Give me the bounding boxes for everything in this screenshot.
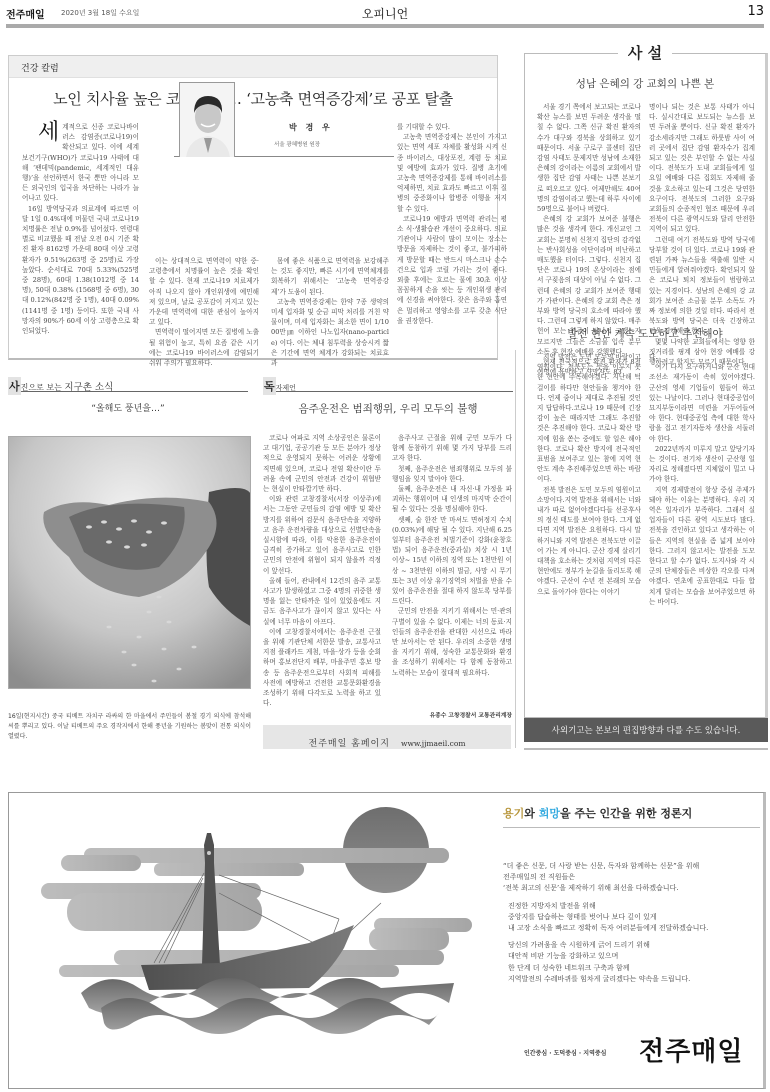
column-divider	[515, 350, 516, 748]
author-role: 서울 광혜병원 원장	[274, 140, 320, 148]
grain-hand-photo	[8, 436, 251, 689]
homepage-banner[interactable]: 전주매일 홈페이지 www.jjmaeil.com	[263, 725, 511, 749]
newspaper-ad: 용기와 희망을 주는 인간을 위한 정론지 “더 좋은 신문, 더 사랑 받는 …	[8, 792, 766, 1089]
section-title: 오피니언	[6, 5, 764, 22]
ad-pledge: “더 좋은 신문, 더 사랑 받는 신문, 독자와 함께하는 신문”을 위해 전…	[503, 861, 708, 991]
photo-news-title: “올해도 풍년을…”	[8, 401, 248, 414]
disclaimer-banner: 사외기고는 본보의 편집방향과 다를 수도 있습니다.	[524, 718, 768, 742]
editorial-title: 사 설	[618, 44, 672, 62]
ship-illustration	[9, 793, 479, 1088]
editorial-2-col1: 지역 발전은 도민 모두의 바람이고 염원이다. 전북도는 뜻을 이루지 못한 …	[537, 352, 641, 597]
ad-tagline: 인간중심 · 도덕중심 · 지역중심	[524, 1048, 606, 1057]
masthead: 전주매일 2020년 3월 18일 수요일 오피니언 13	[6, 4, 764, 24]
dropcap: 세	[38, 122, 59, 144]
page-number: 13	[747, 4, 764, 19]
ad-slogan: 용기와 희망을 주는 인간을 위한 정론지	[503, 805, 692, 821]
homepage-url[interactable]: www.jjmaeil.com	[401, 739, 465, 748]
editorial-headline-1: 성남 은혜의 강 교회의 나쁜 본	[525, 76, 765, 91]
homepage-label: 전주매일 홈페이지	[309, 739, 390, 749]
editorial-box: 사 설 성남 은혜의 강 교회의 나쁜 본 서울 경기 쪽에서 보고되는 코로나…	[524, 53, 768, 718]
editorial-2-col2: 다. 여기 다시 요구하거니와 군산 현대조선소 재가동이 속히 있어야겠다. …	[649, 352, 755, 607]
divider	[524, 748, 768, 750]
column-text-col4: 를 기대할 수 있다. 고농축 면역증강제는 본인이 가지고 있는 면역 세포 …	[397, 122, 507, 326]
editorial-headline-2: 발전 현안 계속 도모하고 추진해야	[525, 326, 765, 341]
masthead-rule	[6, 24, 764, 28]
photo-caption: 16일(현지시간) 중국 티베트 자치구 라싸의 한 마을에서 주민들이 봄철 …	[8, 712, 251, 742]
reader-opinion-headline: 음주운전은 범죄행위, 우리 모두의 불행	[263, 401, 513, 416]
author-name: 박 경 우	[289, 122, 333, 133]
divider	[503, 827, 760, 828]
reader-opinion-header: 독자제언	[263, 375, 513, 392]
reader-signature: 유종수 고창경찰서 교통관리계장	[392, 710, 512, 719]
health-column: 건강 칼럼 노인 치사율 높은 코로나19… ‘고농축 면역증강제’로 공포 탈…	[8, 55, 498, 360]
header-cap: 독	[263, 377, 276, 395]
header-cap: 사	[8, 377, 21, 395]
newspaper-logo: 전주매일	[639, 1031, 743, 1068]
author-portrait	[179, 82, 235, 157]
column-label: 건강 칼럼	[9, 56, 497, 78]
photo-news-header: 사진으로 보는 지구촌 소식	[8, 375, 248, 392]
column-text-col3: 몸에 좋은 식품으로 면역력을 보강해주는 것도 좋지만, 빠른 시기에 면역체…	[271, 256, 389, 368]
author-block: 박 경 우 서울 광혜병원 원장	[174, 82, 394, 157]
column-text-col1: 세 계적으로 신종 코로나바이러스 감염증(코로나19)이 확산되고 있다. 이…	[22, 122, 139, 336]
column-text-col2: 이는 상대적으로 면역력이 약한 중·고령층에서 치명률이 높은 것을 확인할 …	[149, 256, 259, 368]
